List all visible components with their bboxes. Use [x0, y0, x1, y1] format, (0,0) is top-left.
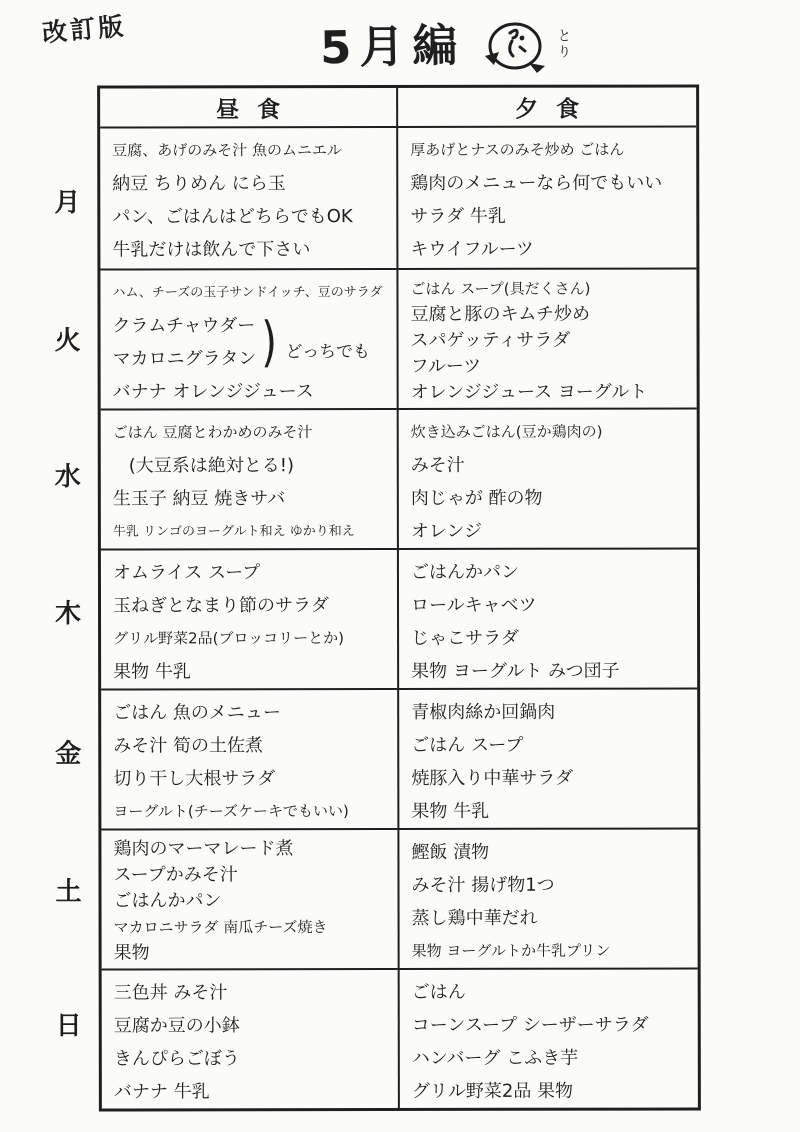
- menu-line: 生玉子 納豆 焼きサバ: [113, 482, 391, 515]
- menu-line: マカロニグラタン: [113, 342, 257, 375]
- menu-line: ごはん スープ(具だくさん): [410, 275, 690, 301]
- menu-line: 鶏肉のメニューなら何でもいい: [410, 166, 690, 199]
- menu-line: ごはん 魚のメニュー: [113, 696, 391, 729]
- menu-line: みそ汁 揚げ物1つ: [411, 868, 691, 901]
- table-row-saturday: 鶏肉のマーマレード煮 スープかみそ汁 ごはんかパン マカロニサラダ 南瓜チーズ焼…: [101, 827, 697, 968]
- title-block: 5月編 とり: [320, 10, 573, 84]
- table-row-thursday: オムライス スープ 玉ねぎとなまり節のサラダ グリル野菜2品(ブロッコリーとか)…: [101, 547, 697, 688]
- page-title: 5月編: [319, 9, 465, 77]
- menu-line: 果物 ヨーグルトか牛乳プリン: [412, 934, 692, 967]
- lunch-header: 昼食: [100, 88, 396, 127]
- menu-line: ハム、チーズの玉子サンドイッチ、豆のサラダ: [112, 276, 390, 309]
- menu-line: 豆腐か豆の小鉢: [114, 1009, 392, 1042]
- menu-line: ごはん 豆腐とわかめのみそ汁: [113, 416, 391, 449]
- table-row-sunday: 三色丼 みそ汁 豆腐か豆の小鉢 きんぴらごぼう バナナ 牛乳 ごはん コーンスー…: [102, 967, 698, 1108]
- menu-line: 果物 ヨーグルト みつ団子: [411, 654, 691, 687]
- menu-line: 果物 牛乳: [113, 655, 391, 688]
- saturday-dinner-cell: 鰹飯 漬物 みそ汁 揚げ物1つ 蒸し鶏中華だれ 果物 ヨーグルトか牛乳プリン: [397, 827, 697, 968]
- table-row-monday: 豆腐、あげのみそ汁 魚のムニエル 納豆 ちりめん にら玉 パン、ごはんはどちらで…: [100, 125, 696, 268]
- menu-line: 豆腐、あげのみそ汁 魚のムニエル: [112, 134, 390, 167]
- revision-note: 改訂版: [41, 6, 128, 49]
- menu-line: 炊き込みごはん(豆か鶏肉の): [411, 415, 691, 448]
- sunday-dinner-cell: ごはん コーンスープ シーザーサラダ ハンバーグ こふき芋 グリル野菜2品 果物: [398, 967, 698, 1108]
- menu-line: きんぴらごぼう: [114, 1042, 392, 1075]
- menu-line: ごはん: [412, 975, 692, 1008]
- menu-line: パン、ごはんはどちらでもOK: [112, 200, 390, 233]
- weekly-menu-table: 月 火 水 木 金 土 日 昼食 夕食 豆腐、あげのみそ汁 魚のムニエル 納豆 …: [97, 84, 701, 1111]
- menu-line: 鰹飯 漬物: [411, 835, 691, 868]
- menu-line: マカロニサラダ 南瓜チーズ焼き: [114, 914, 392, 940]
- menu-line: ごはん スープ: [411, 728, 691, 761]
- menu-line: 厚あげとナスのみそ炒め ごはん: [410, 133, 690, 166]
- menu-line: オレンジ: [411, 514, 691, 547]
- header-row: 昼食 夕食: [100, 87, 696, 126]
- menu-line: クラムチャウダー: [112, 309, 256, 342]
- menu-line: スパゲッティサラダ: [411, 327, 691, 353]
- menu-line: スープかみそ汁: [113, 862, 391, 888]
- day-label-saturday: 土: [55, 871, 81, 908]
- menu-line: キウイフルーツ: [410, 232, 690, 265]
- menu-line: 蒸し鶏中華だれ: [412, 901, 692, 934]
- menu-line: みそ汁 筍の土佐煮: [113, 729, 391, 762]
- menu-line: 玉ねぎとなまり節のサラダ: [113, 589, 391, 622]
- menu-line: グリル野菜2品(ブロッコリーとか): [113, 622, 391, 655]
- day-label-thursday: 木: [55, 593, 81, 630]
- friday-lunch-cell: ごはん 魚のメニュー みそ汁 筍の土佐煮 切り干し大根サラダ ヨーグルト(チーズ…: [101, 688, 397, 829]
- menu-line: 果物 牛乳: [411, 794, 691, 827]
- menu-line: ハンバーグ こふき芋: [412, 1041, 692, 1074]
- menu-line: 青椒肉絲か回鍋肉: [411, 695, 691, 728]
- menu-line: サラダ 牛乳: [410, 199, 690, 232]
- menu-line: じゃこサラダ: [411, 621, 691, 654]
- either-note: どっちでも: [285, 337, 370, 362]
- menu-line: 鶏肉のマーマレード煮: [113, 836, 391, 862]
- friday-dinner-cell: 青椒肉絲か回鍋肉 ごはん スープ 焼豚入り中華サラダ 果物 牛乳: [397, 687, 697, 828]
- sunday-lunch-cell: 三色丼 みそ汁 豆腐か豆の小鉢 きんぴらごぼう バナナ 牛乳: [102, 968, 398, 1109]
- either-option-group: クラムチャウダー マカロニグラタン ) どっちでも: [112, 309, 390, 375]
- wednesday-dinner-cell: 炊き込みごはん(豆か鶏肉の) みそ汁 肉じゃが 酢の物 オレンジ: [397, 407, 697, 548]
- menu-line: コーンスープ シーザーサラダ: [412, 1008, 692, 1041]
- menu-line: フルーツ: [411, 353, 691, 379]
- menu-line: グリル野菜2品 果物: [412, 1074, 692, 1107]
- menu-line: 肉じゃが 酢の物: [411, 481, 691, 514]
- table-row-tuesday: ハム、チーズの玉子サンドイッチ、豆のサラダ クラムチャウダー マカロニグラタン …: [100, 267, 696, 408]
- menu-line: みそ汁: [411, 448, 691, 481]
- day-label-friday: 金: [55, 733, 81, 770]
- menu-line: 牛乳 リンゴのヨーグルト和え ゆかり和え: [113, 515, 391, 548]
- day-label-monday: 月: [54, 182, 80, 219]
- menu-line: 果物: [114, 940, 392, 966]
- bird-doodle-wrap: とり: [477, 16, 573, 84]
- day-label-wednesday: 水: [55, 456, 81, 493]
- tuesday-lunch-cell: ハム、チーズの玉子サンドイッチ、豆のサラダ クラムチャウダー マカロニグラタン …: [100, 268, 396, 409]
- bird-caption: とり: [553, 28, 573, 60]
- menu-line: (大豆系は絶対とる!): [113, 449, 391, 482]
- menu-line: ヨーグルト(チーズケーキでもいい): [113, 795, 391, 828]
- menu-line: オムライス スープ: [113, 556, 391, 589]
- dinner-header: 夕食: [396, 87, 696, 126]
- saturday-lunch-cell: 鶏肉のマーマレード煮 スープかみそ汁 ごはんかパン マカロニサラダ 南瓜チーズ焼…: [101, 828, 397, 969]
- thursday-lunch-cell: オムライス スープ 玉ねぎとなまり節のサラダ グリル野菜2品(ブロッコリーとか)…: [101, 548, 397, 689]
- menu-line: 豆腐と豚のキムチ炒め: [410, 301, 690, 327]
- handwritten-menu-sheet: 改訂版 5月編 とり 月 火 水 木 金 土 日: [0, 0, 800, 1132]
- option-bracket: ): [261, 313, 277, 371]
- wednesday-lunch-cell: ごはん 豆腐とわかめのみそ汁 (大豆系は絶対とる!) 生玉子 納豆 焼きサバ 牛…: [101, 408, 397, 549]
- menu-line: バナナ 牛乳: [114, 1075, 392, 1108]
- tuesday-dinner-cell: ごはん スープ(具だくさん) 豆腐と豚のキムチ炒め スパゲッティサラダ フルーツ…: [396, 267, 696, 408]
- day-label-sunday: 日: [56, 1005, 82, 1042]
- menu-line: 切り干し大根サラダ: [113, 762, 391, 795]
- table-row-wednesday: ごはん 豆腐とわかめのみそ汁 (大豆系は絶対とる!) 生玉子 納豆 焼きサバ 牛…: [101, 407, 697, 548]
- table-row-friday: ごはん 魚のメニュー みそ汁 筍の土佐煮 切り干し大根サラダ ヨーグルト(チーズ…: [101, 687, 697, 828]
- menu-line: オレンジジュース ヨーグルト: [411, 379, 691, 405]
- day-label-tuesday: 火: [55, 320, 81, 357]
- menu-line: 三色丼 みそ汁: [114, 976, 392, 1009]
- monday-lunch-cell: 豆腐、あげのみそ汁 魚のムニエル 納豆 ちりめん にら玉 パン、ごはんはどちらで…: [100, 126, 396, 269]
- menu-line: 牛乳だけは飲んで下さい: [112, 233, 390, 266]
- menu-line: ロールキャベツ: [411, 588, 691, 621]
- menu-line: バナナ オレンジジュース: [113, 375, 391, 408]
- menu-line: 焼豚入り中華サラダ: [411, 761, 691, 794]
- menu-line: ごはんかパン: [114, 888, 392, 914]
- bird-icon: [477, 16, 551, 84]
- thursday-dinner-cell: ごはんかパン ロールキャベツ じゃこサラダ 果物 ヨーグルト みつ団子: [397, 547, 697, 688]
- menu-line: 納豆 ちりめん にら玉: [112, 167, 390, 200]
- monday-dinner-cell: 厚あげとナスのみそ炒め ごはん 鶏肉のメニューなら何でもいい サラダ 牛乳 キウ…: [396, 125, 696, 268]
- menu-line: ごはんかパン: [411, 555, 691, 588]
